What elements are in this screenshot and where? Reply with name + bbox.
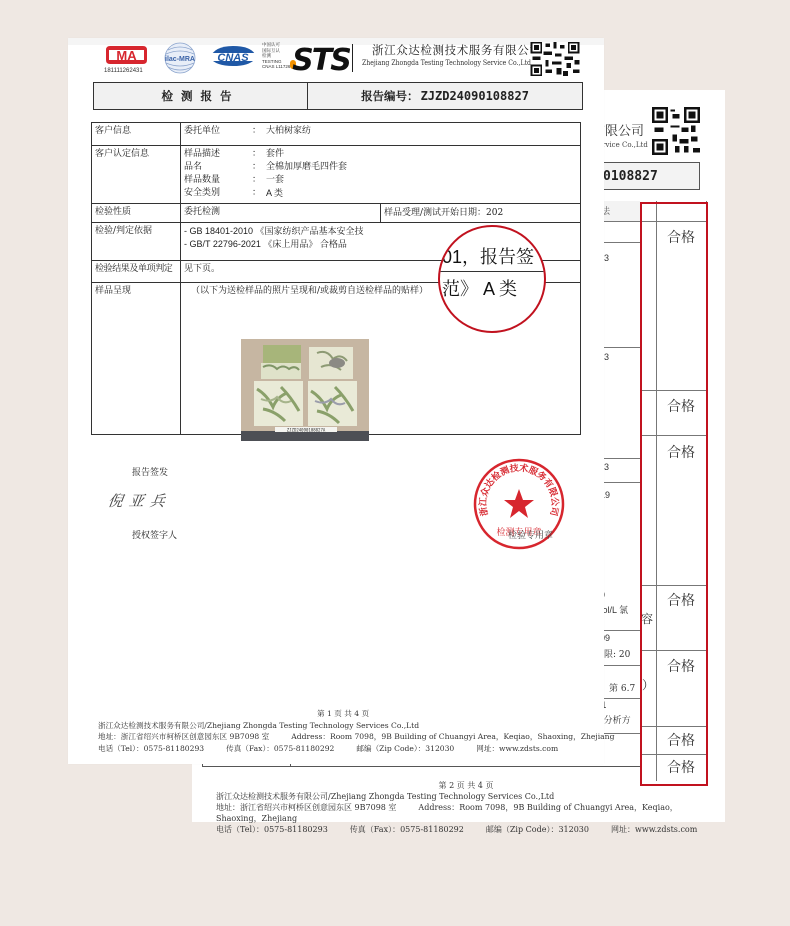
company-name-cn: 浙江众达检测技术服务有限公司: [372, 42, 541, 58]
report-number-label: 报告编号：: [361, 88, 419, 104]
svg-text:STS: STS: [292, 43, 350, 74]
field-value: 大柏树家纺: [266, 125, 311, 138]
report-title-bar: 检测报告 报告编号： ZJZD24090108827: [93, 82, 583, 110]
report-number: 报告编号： ZJZD24090108827: [308, 83, 582, 109]
svg-text:CNAS: CNAS: [217, 52, 249, 64]
sts-logo-icon: STS: [292, 42, 350, 74]
magnified-category-text: 范》 A 类: [442, 275, 517, 301]
report-number-fragment: 0108827: [592, 162, 700, 190]
footer-fax: 传真（Fax）：0575-81180292: [226, 744, 334, 753]
seal-under-text: 检验专用章: [508, 528, 553, 541]
company-name-en: Zhejiang Zhongda Testing Technology Serv…: [362, 59, 531, 67]
footer-zip: 邮编（Zip Code）：312030: [486, 825, 589, 834]
row-value: 委托单位：大柏树家纺: [181, 123, 581, 146]
footer-tel: 电话（Tel）：0575-81180293: [216, 825, 328, 834]
logo-divider: [352, 44, 353, 72]
company-name-en-fragment: ervice Co.,Ltd: [598, 141, 648, 149]
field-key: 委托单位: [184, 125, 252, 138]
field-value: 一套: [266, 174, 284, 187]
field-key: 品名: [184, 161, 252, 174]
inspection-type-value: 委托检测: [181, 204, 381, 223]
footer-company: 浙江众达检测技术服务有限公司/Zhejiang Zhongda Testing …: [98, 720, 588, 732]
test-start-date: 样品受理/测试开始日期：202: [384, 208, 503, 218]
page-footer: 第 2 页 共 4 页 浙江众达检测技术服务有限公司/Zhejiang Zhon…: [216, 780, 716, 835]
footer-web: 网址：www.zdsts.com: [476, 744, 558, 753]
svg-text:ilac-MRA: ilac-MRA: [165, 56, 195, 63]
row-label: 样品呈现: [92, 283, 181, 435]
text-fragment: 3: [604, 462, 609, 472]
footer-address-cn: 地址：浙江省绍兴市柯桥区创意园东区 9B7098 室: [98, 732, 269, 741]
footer-web: 网址：www.zdsts.com: [611, 825, 697, 834]
text-fragment: 3: [604, 352, 609, 362]
ilac-mra-logo-icon: ilac-MRA: [160, 42, 200, 74]
test-dates: 样品受理/测试开始日期：202期：2024-09-03: [381, 204, 581, 223]
table-row: 检验性质 委托检测 样品受理/测试开始日期：202期：2024-09-03: [92, 204, 581, 223]
magnified-date-text: 01，报告签: [442, 243, 534, 269]
table-row: 客户信息 委托单位：大柏树家纺: [92, 123, 581, 146]
footer-fax: 传真（Fax）：0575-81180292: [350, 825, 464, 834]
svg-text:MA: MA: [116, 48, 137, 63]
table-rule: [440, 271, 544, 272]
qr-code-icon: [530, 42, 580, 76]
row-label: 检验/判定依据: [92, 223, 181, 261]
results-highlight-box: [640, 202, 708, 786]
cnas-logo-icon: CNAS: [206, 44, 260, 68]
footer-tel: 电话（Tel）：0575-81180293: [98, 744, 204, 753]
authorized-signatory-label: 授权签字人: [132, 528, 177, 541]
report-page-1: MA 181111262431 ilac-MRA CNAS 中国认可 国际互认 …: [68, 38, 604, 764]
signature: 倪亚兵: [107, 490, 173, 511]
qr-code-icon: [652, 107, 700, 155]
magnifier-callout: 01，报告签 范》 A 类: [438, 225, 546, 333]
report-title: 检测报告: [94, 83, 308, 109]
row-value: 样品描述：套件 品名：全棉加厚磨毛四件套 样品数量：一套 安全类别：A 类: [181, 146, 581, 204]
field-key: 样品描述: [184, 148, 252, 161]
footer-address-cn: 地址：浙江省绍兴市柯桥区创意园东区 9B7098 室: [216, 803, 396, 812]
footer-company: 浙江众达检测技术服务有限公司/Zhejiang Zhongda Testing …: [216, 791, 716, 802]
row-label: 客户信息: [92, 123, 181, 146]
cnas-line: CNAS L11726: [262, 64, 290, 70]
row-label: 检验结果及单项判定: [92, 261, 181, 283]
cma-number: 181111262431: [104, 68, 143, 74]
page-footer: 第 1 页 共 4 页 浙江众达检测技术服务有限公司/Zhejiang Zhon…: [98, 708, 588, 754]
field-value: A 类: [266, 187, 283, 200]
table-row: 客户认定信息 样品描述：套件 品名：全棉加厚磨毛四件套 样品数量：一套 安全类别…: [92, 146, 581, 204]
field-value: 全棉加厚磨毛四件套: [266, 161, 347, 174]
svg-text:ZJZD24090108827A: ZJZD24090108827A: [287, 427, 326, 432]
report-issued-label: 报告签发: [132, 465, 168, 478]
row-label: 检验性质: [92, 204, 181, 223]
field-value: 套件: [266, 148, 284, 161]
cnas-accreditation-text: 中国认可 国际互认 检测 TESTING CNAS L11726: [262, 42, 290, 70]
row-label: 客户认定信息: [92, 146, 181, 204]
field-key: 样品数量: [184, 174, 252, 187]
sample-photo: ZJZD24090108827A: [241, 339, 369, 441]
cma-logo-icon: MA: [104, 44, 149, 66]
field-key: 安全类别: [184, 187, 252, 200]
footer-zip: 邮编（Zip Code）：312030: [356, 744, 454, 753]
footer-address-en: Address：Room 7098，9B Building of Chuangy…: [291, 732, 614, 741]
text-fragment: 第 6.7: [609, 681, 635, 694]
page-number: 第 1 页 共 4 页: [98, 708, 588, 720]
text-fragment: 3: [604, 253, 609, 263]
report-number-value: ZJZD24090108827: [421, 89, 529, 103]
